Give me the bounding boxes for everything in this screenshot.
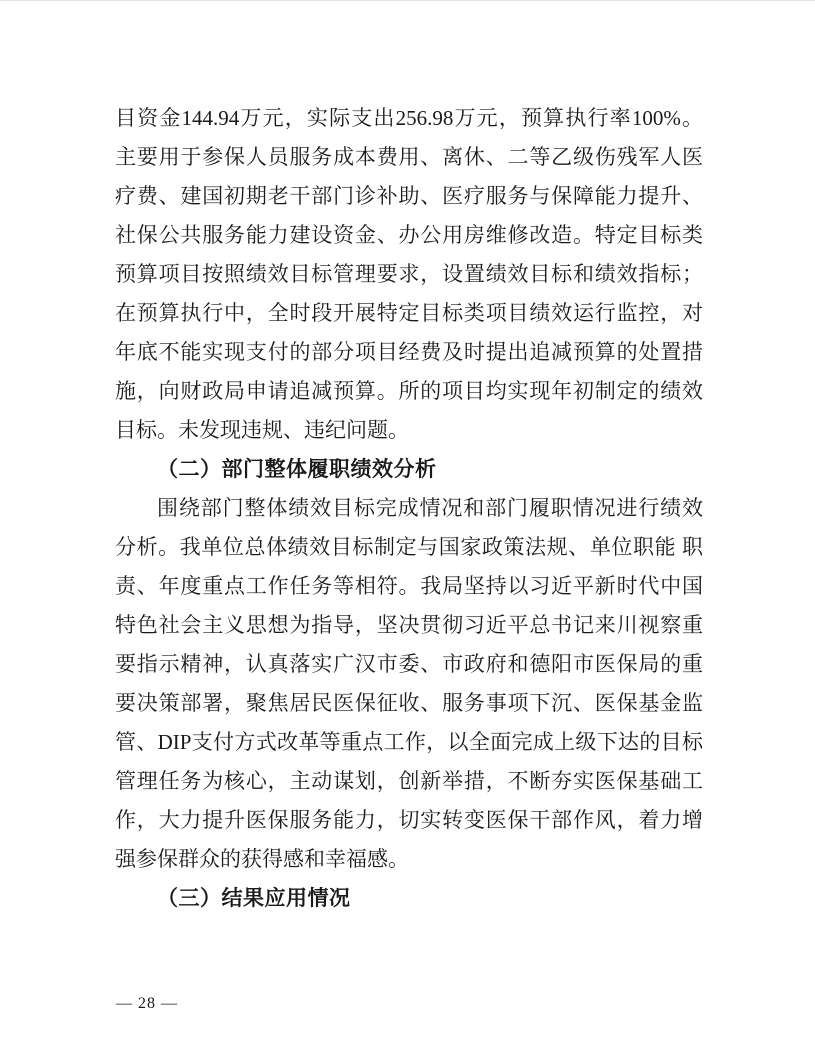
- paragraph1-line: 施，向财政局申请追减预算。所的项目均实现年初制定的绩效: [115, 372, 703, 411]
- paragraph1-line: 社保公共服务能力建设资金、办公用房维修改造。特定目标类: [115, 216, 703, 255]
- paragraph1-line: 年底不能实现支付的部分项目经费及时提出追减预算的处置措: [115, 333, 703, 372]
- section-heading-2: （二）部门整体履职绩效分析: [115, 450, 703, 489]
- paragraph1-line: 预算项目按照绩效目标管理要求，设置绩效目标和绩效指标；: [115, 255, 703, 294]
- paragraph1-line: 疗费、建国初期老干部门诊补助、医疗服务与保障能力提升、: [115, 177, 703, 216]
- page-number: — 28 —: [116, 993, 178, 1015]
- paragraph2-line: 管、DIP支付方式改革等重点工作，以全面完成上级下达的目标: [115, 723, 703, 762]
- paragraph2-line: 管理任务为核心，主动谋划，创新举措，不断夯实医保基础工: [115, 762, 703, 801]
- text-block: 目资金144.94万元，实际支出256.98万元，预算执行率100%。 主要用于…: [115, 99, 703, 918]
- paragraph1-line: 目标。未发现违规、违纪问题。: [115, 411, 703, 450]
- paragraph2-line: 要决策部署，聚焦居民医保征收、服务事项下沉、医保基金监: [115, 684, 703, 723]
- paragraph2-line: 要指示精神，认真落实广汉市委、市政府和德阳市医保局的重: [115, 645, 703, 684]
- paragraph2-line: 特色社会主义思想为指导，坚决贯彻习近平总书记来川视察重: [115, 606, 703, 645]
- paragraph2-line: 强参保群众的获得感和幸福感。: [115, 840, 703, 879]
- paragraph2-line: 围绕部门整体绩效目标完成情况和部门履职情况进行绩效: [115, 489, 703, 528]
- paragraph2-line: 分析。我单位总体绩效目标制定与国家政策法规、单位职能 职: [115, 528, 703, 567]
- paragraph1-line: 目资金144.94万元，实际支出256.98万元，预算执行率100%。: [115, 99, 703, 138]
- paragraph2-line: 责、年度重点工作任务等相符。我局坚持以习近平新时代中国: [115, 567, 703, 606]
- section-heading-3: （三）结果应用情况: [115, 879, 703, 918]
- paragraph2-line: 作，大力提升医保服务能力，切实转变医保干部作风，着力增: [115, 801, 703, 840]
- document-page: 目资金144.94万元，实际支出256.98万元，预算执行率100%。 主要用于…: [0, 0, 815, 1055]
- paragraph1-line: 在预算执行中，全时段开展特定目标类项目绩效运行监控，对: [115, 294, 703, 333]
- paragraph1-line: 主要用于参保人员服务成本费用、离休、二等乙级伤残军人医: [115, 138, 703, 177]
